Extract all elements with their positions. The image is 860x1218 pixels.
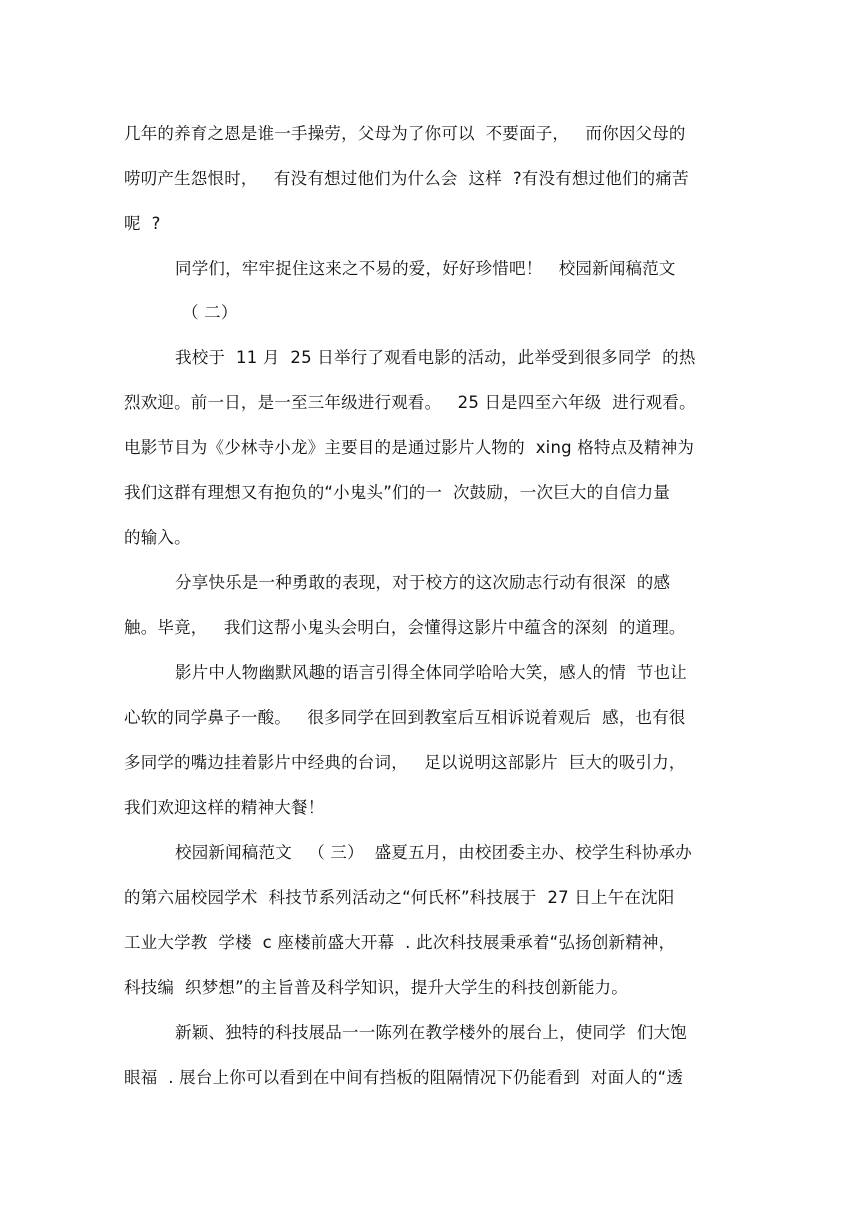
text-line: 我校于 11 月 25 日举行了观看电影的活动，此举受到很多同学 的热: [175, 347, 696, 369]
text-line: 的输入。: [124, 527, 191, 549]
text-line: 影片中人物幽默风趣的语言引得全体同学哈哈大笑，感人的情 节也让: [175, 662, 687, 684]
text-line: 我们欢迎这样的精神大餐！: [124, 797, 324, 819]
text-line: 工业大学教 学楼 c 座楼前盛大开幕 . 此次科技展秉承着“弘扬创新精神，: [124, 932, 675, 954]
text-line: 眼福 . 展台上你可以看到在中间有挡板的阻隔情况下仍能看到 对面人的“透: [124, 1067, 683, 1089]
text-line: 唠叨产生怨恨时， 有没有想过他们为什么会 这样 ?有没有想过他们的痛苦: [124, 168, 689, 190]
text-line: 的第六届校园学术 科技节系列活动之“何氏杯”科技展于 27 日上午在沈阳: [124, 887, 674, 909]
text-line: 心软的同学鼻子一酸。 很多同学在回到教室后互相诉说着观后 感，也有很: [124, 707, 686, 729]
text-line: 我们这群有理想又有抱负的“小鬼头”们的一 次鼓励，一次巨大的自信力量: [124, 482, 670, 504]
text-line: 校园新闻稿范文 （ 三） 盛夏五月，由校团委主办、校学生科协承办: [175, 842, 692, 864]
text-line: 分享快乐是一种勇敢的表现，对于校方的这次励志行动有很深 的感: [175, 572, 670, 594]
text-line: 新颖、独特的科技展品一一陈列在教学楼外的展台上，使同学 们大饱: [175, 1022, 687, 1044]
text-line: 电影节目为《少林寺小龙》主要目的是通过影片人物的 xing 格特点及精神为: [124, 437, 694, 459]
text-line: 烈欢迎。前一日，是一至三年级进行观看。 25 日是四至六年级 进行观看。: [124, 392, 696, 414]
text-line: 呢 ?: [124, 213, 161, 235]
text-line: 触。毕竟， 我们这帮小鬼头会明白，会懂得这影片中蕴含的深刻 的道理。: [124, 617, 686, 639]
text-line: 多同学的嘴边挂着影片中经典的台词， 足以说明这部影片 巨大的吸引力，: [124, 752, 686, 774]
text-line: 几年的养育之恩是谁一手操劳，父母为了你可以 不要面子， 而你因父母的: [124, 123, 686, 145]
text-line: 科技编 织梦想”的主旨普及科学知识，提升大学生的科技创新能力。: [124, 977, 628, 999]
document-page: 几年的养育之恩是谁一手操劳，父母为了你可以 不要面子， 而你因父母的 唠叨产生怨…: [0, 0, 860, 1218]
text-line: 同学们，牢牢捉住这来之不易的爱，好好珍惜吧！ 校园新闻稿范文: [175, 258, 676, 280]
section-heading: （ 二）: [182, 302, 238, 324]
